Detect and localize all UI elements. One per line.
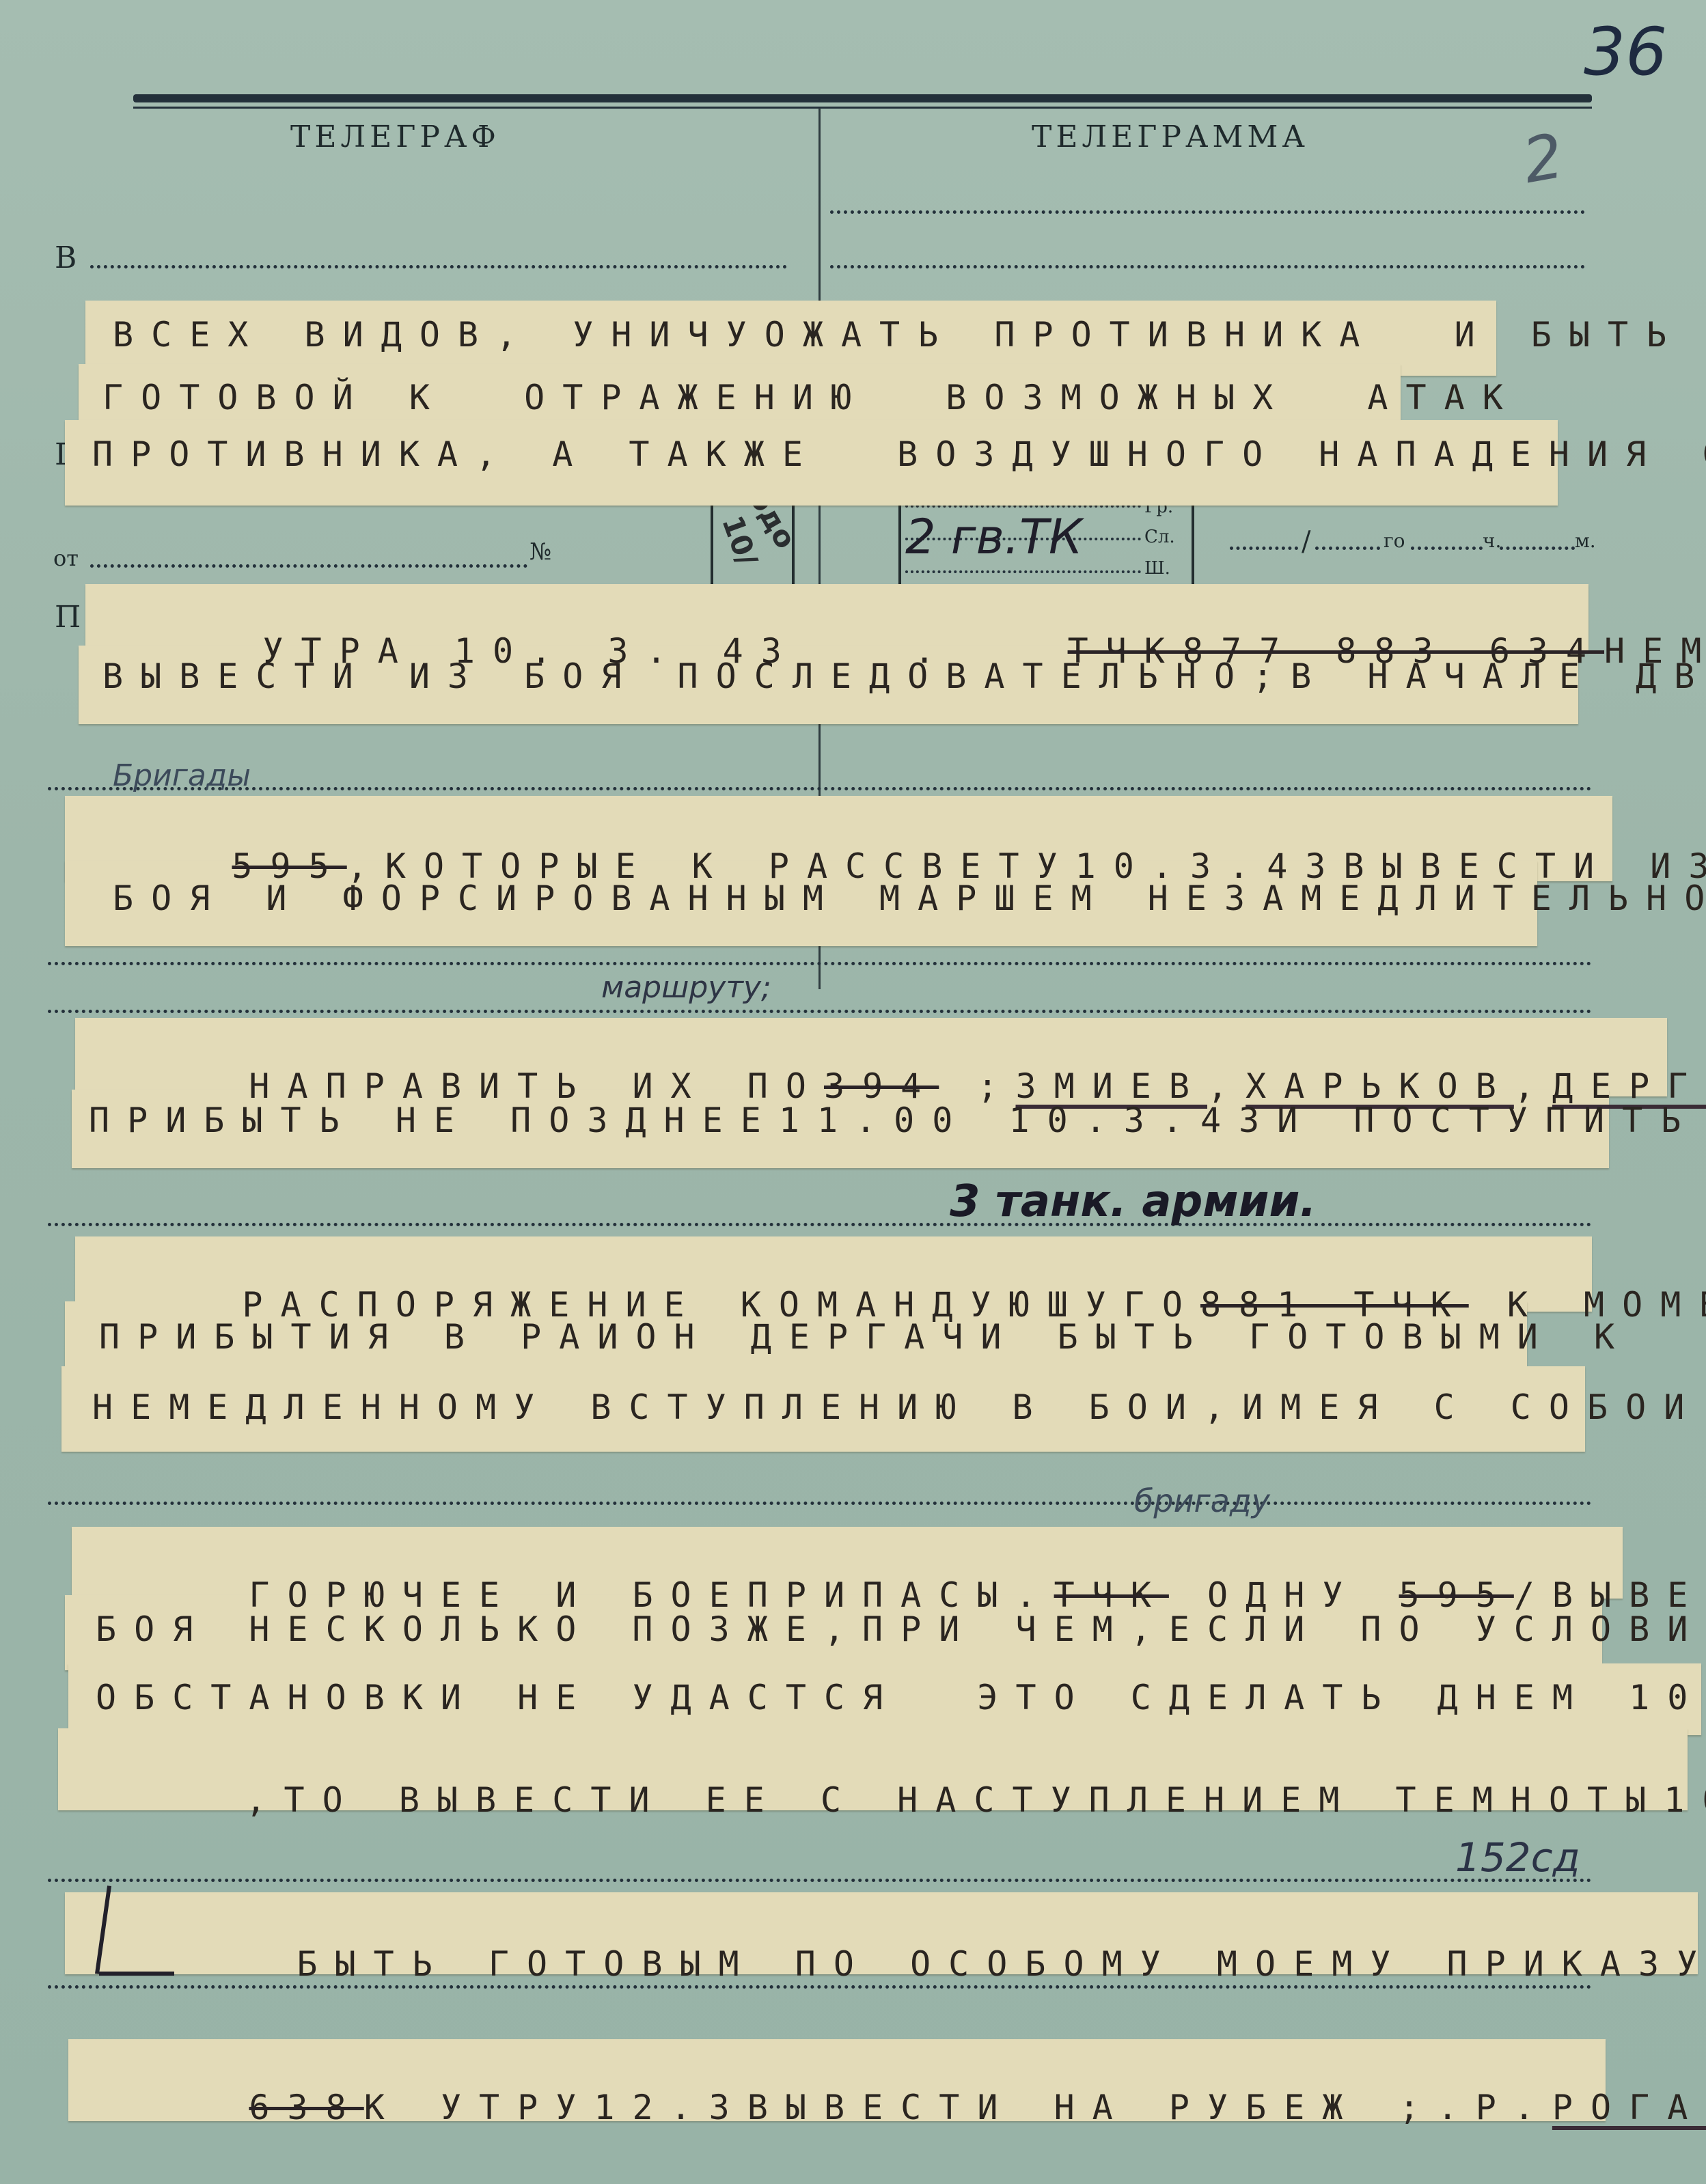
form-field-time [1230,547,1298,550]
header-telegram: ТЕЛЕГРАММА [1032,120,1309,154]
handwritten-tank-army: 3 танк. армии. [950,1176,1317,1227]
handwritten-marshrutu: маршруту; [601,970,771,1005]
tape-line: ГОТОВОЙ К ОТРАЖЕНИЮ ВОЗМОЖНЫХ АТАК [102,381,1521,415]
underlined-place: РОГАНКА [1552,2088,1706,2127]
form-line [48,1223,1592,1226]
stamp-area: одо 10/ Гр. Сл. Ш. 2 гв.ТК [711,497,1202,585]
tape-line: БОЯ И ФОРСИРОВАННЫМ МАРШЕМ НЕЗАМЕДЛИТЕЛЬ… [113,881,1706,915]
tape-line: БОЯ НЕСКОЛЬКО ПОЗЖЕ,ПРИ ЧЕМ,ЕСЛИ ПО УСЛО… [96,1612,1706,1646]
form-field-time [1411,547,1483,550]
top-thin-rule [133,107,1592,109]
tape-line: ВСЕХ ВИДОВ, УНИЧУОЖАТЬ ПРОТИВНИКА И БЫТЬ [113,318,1684,352]
tape-line: ПРИБЫТЬ НЕ ПОЗДНЕЕ11.00 10.3.43И ПОСТУПИ… [89,1103,1706,1137]
form-label-m: м. [1575,529,1596,552]
handwritten-brigady: Бригады [113,758,251,793]
tape-line: ПРИБЫТИЯ В РАИОН ДЕРГАЧИ БЫТЬ ГОТОВЫМИ К [99,1320,1632,1354]
header-telegraph: ТЕЛЕГРАФ [290,120,500,154]
stamp-handwritten-unit: 2 гв.ТК [905,509,1083,565]
form-label-ch: ч. [1483,529,1501,552]
telegram-form: 36 2 ТЕЛЕГРАФ ТЕЛЕГРАММА В Г от № одо 10… [0,0,1706,2184]
form-label-number: № [529,538,551,566]
tape-line: ВЫВЕСТИ ИЗ БОЯ ПОСЛЕДОВАТЕЛЬНО;В НАЧАЛЕ … [102,659,1706,693]
tape-text: ,ТО ВЫВЕСТИ ЕЕ С НАСТУПЛЕНИЕМ ТЕМНОТЫ10.… [245,1780,1706,1820]
tape-line: НЕМЕДЛЕННОМУ ВСТУПЛЕНИЮ В БОИ,ИМЕЯ С СОБ… [92,1390,1702,1424]
handwritten-152sd: 152сд [1455,1834,1580,1881]
form-label-from: от [53,545,79,571]
form-line [48,787,1592,790]
sheet-mark: 2 [1517,120,1569,197]
form-field-v [90,265,787,268]
form-field-from [90,564,527,568]
stamp-line [905,570,1141,573]
struck-text: 638 [249,2088,363,2127]
form-label-slash: / [1302,526,1310,557]
stamp-label-sh: Ш. [1144,558,1170,579]
tape-text: БЫТЬ ГОТОВЫМ ПО ОСОБОМУ МОЕМУ ПРИКАЗУ [297,1944,1706,1984]
form-line [830,210,1585,214]
form-field-time [1315,547,1380,550]
handwritten-brigadu: бригаду [1134,1482,1270,1519]
page-number: 36 [1584,14,1667,90]
form-field-time [1500,547,1575,550]
form-line [48,962,1592,965]
form-line [48,1502,1592,1505]
stamp-label-sl: Сл. [1144,527,1175,547]
form-label-p: П [55,600,81,635]
form-line [48,1010,1592,1013]
tape-line: 638К УТРУ12.3ВЫВЕСТИ НА РУБЕЖ ;.Р.РОГАНК… [96,2056,1706,2159]
form-line [48,1879,1592,1882]
tape-line: БЫТЬ ГОТОВЫМ ПО ОСОБОМУ МОЕМУ ПРИКАЗУ 85… [143,1913,1706,2015]
tape-text: К УТРУ12.3ВЫВЕСТИ НА РУБЕЖ ;.Р. [364,2088,1552,2127]
top-thick-rule [133,94,1592,102]
form-label-go: го [1384,529,1405,552]
tape-line: ОБСТАНОВКИ НЕ УДАСТСЯ ЭТО СДЕЛАТЬ ДНЕМ 1… [96,1681,1706,1715]
form-label-v: В [55,240,77,275]
tape-line: ПРОТИВНИКА, А ТАКЖЕ ВОЗДУШНОГО НАПАДЕНИЯ… [92,437,1706,471]
form-line [830,265,1585,268]
